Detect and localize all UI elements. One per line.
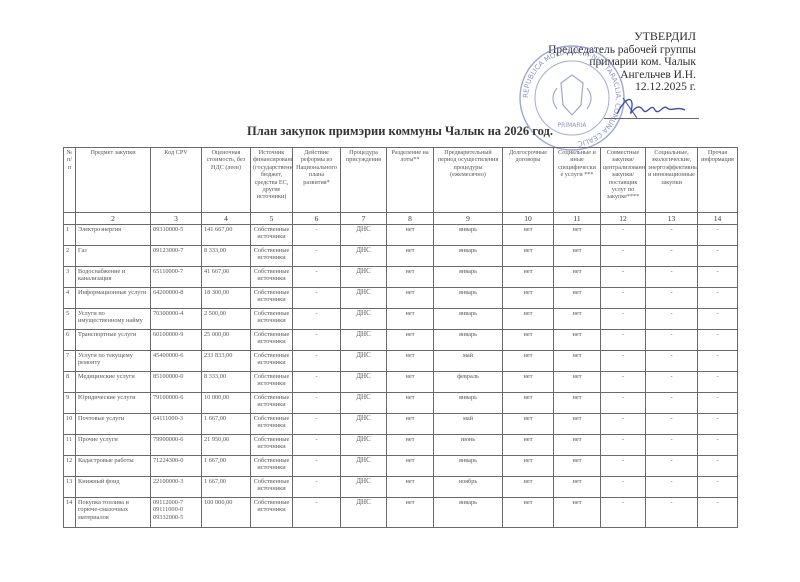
green-procurement: - (646, 477, 698, 498)
long-term-contracts: нет (503, 246, 554, 267)
procedure-type: ДНС (341, 288, 387, 309)
table-row: 10Почтовые услуги64111000-31 667,00Собст… (64, 414, 738, 435)
other-info: - (698, 435, 738, 456)
estimated-cost: 1 667,00 (202, 414, 251, 435)
reform-action: - (293, 498, 341, 528)
column-header: Прочая информация (698, 148, 738, 213)
item-name: Водоснабжение и канализация (76, 267, 151, 288)
item-name: Электроэнергия (76, 225, 151, 246)
lots-division: нет (387, 351, 434, 372)
estimated-cost: 8 333,00 (202, 246, 251, 267)
long-term-contracts: нет (503, 351, 554, 372)
row-number: 3 (64, 267, 76, 288)
column-header: Предмет закупки (76, 148, 151, 213)
procedure-type: ДНС (341, 372, 387, 393)
lots-division: нет (387, 456, 434, 477)
joint-procurement: - (601, 414, 646, 435)
row-number: 10 (64, 414, 76, 435)
funding-source: Собственные источники (251, 288, 293, 309)
cpv-code: 45400000-6 (151, 351, 202, 372)
reform-action: - (293, 393, 341, 414)
estimated-cost: 141 667,00 (202, 225, 251, 246)
column-header: Совместные закупки/ централизованные зак… (601, 148, 646, 213)
item-name: Медицинские услуги (76, 372, 151, 393)
table-row: 7Услуги по текущему ремонту45400000-6233… (64, 351, 738, 372)
column-number: 5 (251, 213, 293, 225)
item-name: Услуги по текущему ремонту (76, 351, 151, 372)
long-term-contracts: нет (503, 498, 554, 528)
procedure-period: февраль (434, 372, 503, 393)
cpv-code: 09112000-7 09111000-0 09332000-5 (151, 498, 202, 528)
estimated-cost: 21 950,00 (202, 435, 251, 456)
joint-procurement: - (601, 393, 646, 414)
procedure-type: ДНС (341, 498, 387, 528)
column-number: 2 (76, 213, 151, 225)
other-info: - (698, 288, 738, 309)
column-number: 12 (601, 213, 646, 225)
long-term-contracts: нет (503, 456, 554, 477)
green-procurement: - (646, 246, 698, 267)
estimated-cost: 10 000,00 (202, 393, 251, 414)
funding-source: Собственные источники (251, 435, 293, 456)
cpv-code: 09123000-7 (151, 246, 202, 267)
cpv-code: 09310000-5 (151, 225, 202, 246)
procedure-type: ДНС (341, 246, 387, 267)
procedure-type: ДНС (341, 456, 387, 477)
reform-action: - (293, 330, 341, 351)
lots-division: нет (387, 225, 434, 246)
row-number: 1 (64, 225, 76, 246)
social-services: нет (554, 225, 601, 246)
social-services: нет (554, 288, 601, 309)
item-name: Почтовые услуги (76, 414, 151, 435)
row-number: 13 (64, 477, 76, 498)
procedure-type: ДНС (341, 330, 387, 351)
column-header: Код CPV (151, 148, 202, 213)
lots-division: нет (387, 330, 434, 351)
procedure-period: май (434, 414, 503, 435)
green-procurement: - (646, 372, 698, 393)
row-number: 8 (64, 372, 76, 393)
estimated-cost: 25 000,00 (202, 330, 251, 351)
long-term-contracts: нет (503, 309, 554, 330)
column-number: 3 (151, 213, 202, 225)
table-row: 8Медицинские услуги85100000-08 333,00Соб… (64, 372, 738, 393)
table-row: 12Кадастровые работы71224300-01 667,00Со… (64, 456, 738, 477)
other-info: - (698, 246, 738, 267)
item-name: Покупка топлива и горюче-смазочных матер… (76, 498, 151, 528)
funding-source: Собственные источники (251, 309, 293, 330)
joint-procurement: - (601, 267, 646, 288)
table-row: 9Юридические услуги79100000-610 000,00Со… (64, 393, 738, 414)
item-name: Книжный фонд (76, 477, 151, 498)
estimated-cost: 1 667,00 (202, 456, 251, 477)
funding-source: Собственные источники (251, 330, 293, 351)
joint-procurement: - (601, 288, 646, 309)
procedure-period: январь (434, 309, 503, 330)
cpv-code: 65110000-7 (151, 267, 202, 288)
funding-source: Собственные источники (251, 225, 293, 246)
procedure-period: январь (434, 267, 503, 288)
green-procurement: - (646, 393, 698, 414)
row-number: 6 (64, 330, 76, 351)
social-services: нет (554, 393, 601, 414)
joint-procurement: - (601, 351, 646, 372)
procedure-type: ДНС (341, 225, 387, 246)
joint-procurement: - (601, 225, 646, 246)
other-info: - (698, 372, 738, 393)
funding-source: Собственные источники (251, 414, 293, 435)
cpv-code: 64111000-3 (151, 414, 202, 435)
row-number: 7 (64, 351, 76, 372)
column-header: Процедура присуждения (341, 148, 387, 213)
green-procurement: - (646, 288, 698, 309)
procedure-type: ДНС (341, 351, 387, 372)
social-services: нет (554, 372, 601, 393)
document-title: План закупок примэрии коммуны Чалык на 2… (0, 124, 800, 139)
long-term-contracts: нет (503, 330, 554, 351)
other-info: - (698, 330, 738, 351)
table-header-row: № п/ пПредмет закупкиКод CPVОценочная ст… (64, 148, 738, 213)
other-info: - (698, 225, 738, 246)
social-services: нет (554, 498, 601, 528)
procedure-type: ДНС (341, 435, 387, 456)
procedure-period: январь (434, 498, 503, 528)
column-number: 11 (554, 213, 601, 225)
procedure-type: ДНС (341, 414, 387, 435)
lots-division: нет (387, 435, 434, 456)
table-row: 5Услуги по имущественному найму70300000-… (64, 309, 738, 330)
social-services: нет (554, 435, 601, 456)
long-term-contracts: нет (503, 435, 554, 456)
green-procurement: - (646, 225, 698, 246)
row-number: 14 (64, 498, 76, 528)
funding-source: Собственные источники (251, 267, 293, 288)
procedure-type: ДНС (341, 267, 387, 288)
estimated-cost: 2 500,00 (202, 309, 251, 330)
lots-division: нет (387, 309, 434, 330)
cpv-code: 70300000-4 (151, 309, 202, 330)
other-info: - (698, 498, 738, 528)
other-info: - (698, 267, 738, 288)
column-header: Оценочная стоимость, без НДС (леев) (202, 148, 251, 213)
green-procurement: - (646, 330, 698, 351)
column-number: 9 (434, 213, 503, 225)
item-name: Транспортные услуги (76, 330, 151, 351)
funding-source: Собственные источники (251, 477, 293, 498)
social-services: нет (554, 309, 601, 330)
joint-procurement: - (601, 246, 646, 267)
procedure-period: январь (434, 393, 503, 414)
lots-division: нет (387, 498, 434, 528)
item-name: Юридические услуги (76, 393, 151, 414)
other-info: - (698, 309, 738, 330)
long-term-contracts: нет (503, 288, 554, 309)
reform-action: - (293, 309, 341, 330)
long-term-contracts: нет (503, 225, 554, 246)
table-row: 4Информационные услуги64200000-818 300,0… (64, 288, 738, 309)
reform-action: - (293, 414, 341, 435)
procedure-period: январь (434, 456, 503, 477)
column-numbers-row: 234567891011121314 (64, 213, 738, 225)
joint-procurement: - (601, 498, 646, 528)
green-procurement: - (646, 351, 698, 372)
procedure-period: январь (434, 225, 503, 246)
reform-action: - (293, 267, 341, 288)
funding-source: Собственные источники (251, 351, 293, 372)
green-procurement: - (646, 267, 698, 288)
column-header: Разделение на лоты** (387, 148, 434, 213)
column-number: 8 (387, 213, 434, 225)
other-info: - (698, 351, 738, 372)
estimated-cost: 1 667,00 (202, 477, 251, 498)
funding-source: Собственные источники (251, 498, 293, 528)
social-services: нет (554, 414, 601, 435)
item-name: Информационные услуги (76, 288, 151, 309)
long-term-contracts: нет (503, 372, 554, 393)
reform-action: - (293, 435, 341, 456)
table-row: 1Электроэнергия09310000-5141 667,00Собст… (64, 225, 738, 246)
table-row: 2Газ09123000-78 333,00Собственные источн… (64, 246, 738, 267)
column-header: Источник финансирования (государственный… (251, 148, 293, 213)
other-info: - (698, 477, 738, 498)
procedure-period: январь (434, 246, 503, 267)
lots-division: нет (387, 246, 434, 267)
social-services: нет (554, 477, 601, 498)
green-procurement: - (646, 309, 698, 330)
other-info: - (698, 393, 738, 414)
funding-source: Собственные источники (251, 372, 293, 393)
procedure-type: ДНС (341, 393, 387, 414)
column-header: Долгосрочные договоры (503, 148, 554, 213)
reform-action: - (293, 246, 341, 267)
long-term-contracts: нет (503, 414, 554, 435)
cpv-code: 22100000-3 (151, 477, 202, 498)
green-procurement: - (646, 435, 698, 456)
cpv-code: 85100000-0 (151, 372, 202, 393)
reform-action: - (293, 288, 341, 309)
cpv-code: 79100000-6 (151, 393, 202, 414)
funding-source: Собственные источники (251, 246, 293, 267)
procedure-period: ноябрь (434, 477, 503, 498)
column-number: 10 (503, 213, 554, 225)
column-number: 13 (646, 213, 698, 225)
other-info: - (698, 456, 738, 477)
procedure-type: ДНС (341, 309, 387, 330)
social-services: нет (554, 351, 601, 372)
procedure-period: январь (434, 288, 503, 309)
social-services: нет (554, 456, 601, 477)
estimated-cost: 100 000,00 (202, 498, 251, 528)
row-number: 9 (64, 393, 76, 414)
signature-line (604, 118, 699, 119)
approval-heading: УТВЕРДИЛ (548, 30, 696, 43)
joint-procurement: - (601, 456, 646, 477)
cpv-code: 79900000-6 (151, 435, 202, 456)
procedure-type: ДНС (341, 477, 387, 498)
reform-action: - (293, 372, 341, 393)
long-term-contracts: нет (503, 477, 554, 498)
lots-division: нет (387, 414, 434, 435)
column-header: Социальные и иные специфически е услуги … (554, 148, 601, 213)
item-name: Кадастровые работы (76, 456, 151, 477)
lots-division: нет (387, 267, 434, 288)
cpv-code: 60100000-9 (151, 330, 202, 351)
column-header: Действие реформы из Национального плана … (293, 148, 341, 213)
reform-action: - (293, 456, 341, 477)
other-info: - (698, 414, 738, 435)
column-number: 14 (698, 213, 738, 225)
estimated-cost: 41 667,00 (202, 267, 251, 288)
lots-division: нет (387, 372, 434, 393)
row-number: 12 (64, 456, 76, 477)
row-number: 5 (64, 309, 76, 330)
estimated-cost: 8 333,00 (202, 372, 251, 393)
item-name: Газ (76, 246, 151, 267)
funding-source: Собственные источники (251, 393, 293, 414)
table-row: 3Водоснабжение и канализация65110000-741… (64, 267, 738, 288)
item-name: Услуги по имущественному найму (76, 309, 151, 330)
lots-division: нет (387, 288, 434, 309)
social-services: нет (554, 246, 601, 267)
column-header: Социальные, экологические, энергоэффекти… (646, 148, 698, 213)
lots-division: нет (387, 477, 434, 498)
procedure-period: январь (434, 330, 503, 351)
green-procurement: - (646, 414, 698, 435)
long-term-contracts: нет (503, 393, 554, 414)
funding-source: Собственные источники (251, 456, 293, 477)
procurement-plan-table: № п/ пПредмет закупкиКод CPVОценочная ст… (63, 147, 738, 528)
column-header: № п/ п (64, 148, 76, 213)
reform-action: - (293, 477, 341, 498)
cpv-code: 64200000-8 (151, 288, 202, 309)
row-number: 11 (64, 435, 76, 456)
social-services: нет (554, 267, 601, 288)
estimated-cost: 233 833,00 (202, 351, 251, 372)
social-services: нет (554, 330, 601, 351)
joint-procurement: - (601, 330, 646, 351)
procedure-period: июнь (434, 435, 503, 456)
green-procurement: - (646, 456, 698, 477)
joint-procurement: - (601, 477, 646, 498)
reform-action: - (293, 351, 341, 372)
procedure-period: май (434, 351, 503, 372)
column-number: 6 (293, 213, 341, 225)
lots-division: нет (387, 393, 434, 414)
row-number: 2 (64, 246, 76, 267)
long-term-contracts: нет (503, 267, 554, 288)
joint-procurement: - (601, 372, 646, 393)
joint-procurement: - (601, 309, 646, 330)
cpv-code: 71224300-0 (151, 456, 202, 477)
green-procurement: - (646, 498, 698, 528)
item-name: Прочие услуги (76, 435, 151, 456)
table-row: 6Транспортные услуги60100000-925 000,00С… (64, 330, 738, 351)
column-number: 7 (341, 213, 387, 225)
reform-action: - (293, 225, 341, 246)
row-number: 4 (64, 288, 76, 309)
joint-procurement: - (601, 435, 646, 456)
table-row: 11Прочие услуги79900000-621 950,00Собств… (64, 435, 738, 456)
column-header: Предварительный период осуществления про… (434, 148, 503, 213)
column-number: 4 (202, 213, 251, 225)
table-row: 14Покупка топлива и горюче-смазочных мат… (64, 498, 738, 528)
table-row: 13Книжный фонд22100000-31 667,00Собствен… (64, 477, 738, 498)
column-number (64, 213, 76, 225)
estimated-cost: 18 300,00 (202, 288, 251, 309)
